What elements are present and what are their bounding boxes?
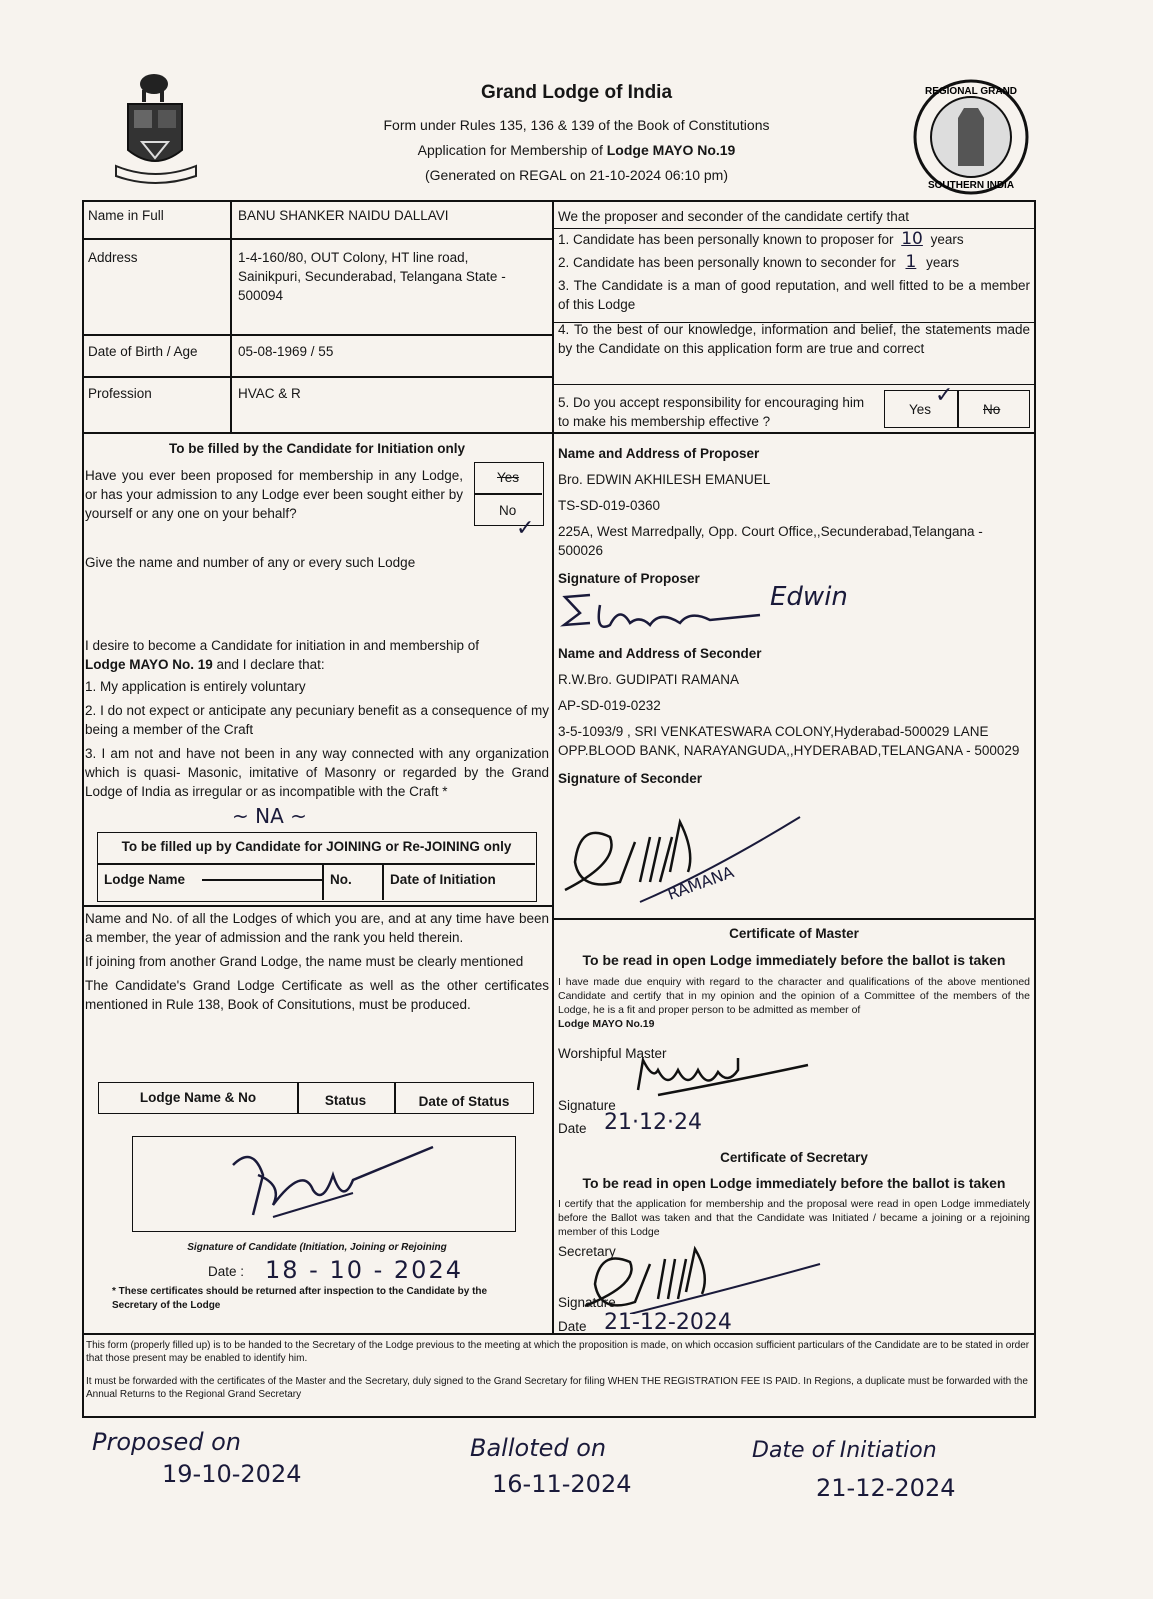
certify-item-4: 4. To the best of our knowledge, informa…: [558, 320, 1030, 358]
footer-note-1: This form (properly filled up) is to be …: [86, 1339, 1032, 1365]
responsibility-yes-no-box: Yes ✓ No: [884, 390, 1030, 428]
name-label: Name in Full: [88, 206, 164, 225]
row-divider: [82, 432, 1036, 434]
regional-seal-logo: REGIONAL GRAND SOUTHERN INDIA: [912, 78, 1030, 196]
proposer-signature-text: Edwin: [770, 582, 848, 612]
previous-proposal-no-option[interactable]: No: [499, 501, 516, 520]
candidate-signature-scribble: [213, 1145, 453, 1225]
seconder-address: 3-5-1093/9 , SRI VENKATESWARA COLONY,Hyd…: [558, 722, 1030, 760]
proposer-heading: Name and Address of Proposer: [558, 444, 1030, 463]
candidate-signature-date: 18 - 10 - 2024: [265, 1256, 463, 1284]
lodges-text-1: Name and No. of all the Lodges of which …: [85, 909, 549, 947]
strike-line: [202, 879, 324, 881]
row-divider: [552, 384, 1036, 385]
row-divider: [82, 334, 552, 336]
lodges-col-name: Lodge Name & No: [99, 1088, 297, 1107]
row-divider: [552, 918, 1036, 920]
declaration-item-2: 2. I do not expect or anticipate any pec…: [85, 701, 549, 739]
previous-proposal-question: Have you ever been proposed for membersh…: [85, 466, 463, 523]
declaration-intro: I desire to become a Candidate for initi…: [85, 636, 549, 655]
joining-table: To be filled up by Candidate for JOINING…: [97, 832, 537, 902]
handwritten-initiation-date: 21-12-2024: [816, 1474, 955, 1502]
row-divider: [82, 905, 552, 907]
handwritten-balloted-label: Balloted on: [470, 1434, 606, 1462]
master-cert-title: Certificate of Master: [552, 924, 1036, 943]
footer-note-2: It must be forwarded with the certificat…: [86, 1375, 1032, 1401]
secretary-cert-subtitle: To be read in open Lodge immediately bef…: [552, 1175, 1036, 1191]
lodges-text-3: The Candidate's Grand Lodge Certificate …: [85, 976, 549, 1014]
seconder-signature-label: Signature of Seconder: [558, 769, 1030, 788]
certify-item-3: 3. The Candidate is a man of good reputa…: [558, 276, 1030, 314]
secretary-signature-date: 21-12-2024: [604, 1310, 732, 1335]
seconder-signature-scribble: RAMANA: [560, 812, 820, 907]
details-col-divider: [230, 200, 232, 432]
certify-item-2: 2. Candidate has been personally known t…: [558, 253, 1030, 272]
proposer-address: 225A, West Marredpally, Opp. Court Offic…: [558, 522, 1030, 560]
lodges-col-date: Date of Status: [394, 1092, 534, 1111]
declaration-item-1: 1. My application is entirely voluntary: [85, 677, 549, 696]
candidate-dob-age: 05-08-1969 / 55: [238, 342, 333, 361]
row-divider: [82, 238, 552, 240]
candidate-profession: HVAC & R: [238, 384, 301, 403]
candidate-address: 1-4-160/80, OUT Colony, HT line road,Sai…: [238, 248, 506, 305]
candidate-signature-caption: Signature of Candidate (Initiation, Join…: [82, 1241, 552, 1255]
joining-col-lodge-name: Lodge Name: [104, 870, 185, 889]
candidate-signature-box[interactable]: [132, 1136, 516, 1232]
joining-heading: To be filled up by Candidate for JOINING…: [98, 837, 535, 856]
seconder-reg-no: AP-SD-019-0232: [558, 696, 1030, 715]
secretary-signature-scribble: [580, 1244, 830, 1314]
proposer-name: Bro. EDWIN AKHILESH EMANUEL: [558, 470, 1030, 489]
handwritten-proposed-label: Proposed on: [92, 1428, 241, 1456]
certify-item-1: 1. Candidate has been personally known t…: [558, 230, 1030, 249]
proposer-reg-no: TS-SD-019-0360: [558, 496, 1030, 515]
profession-label: Profession: [88, 384, 152, 403]
master-cert-text: I have made due enquiry with regard to t…: [558, 975, 1030, 1031]
candidate-name: BANU SHANKER NAIDU DALLAVI: [238, 206, 449, 225]
joining-col-no: No.: [330, 870, 352, 889]
candidate-date-label: Date :: [208, 1262, 244, 1281]
certificates-return-note: * These certificates should be returned …: [112, 1285, 532, 1313]
give-lodge-name-prompt: Give the name and number of any or every…: [85, 553, 415, 572]
certify-block: We the proposer and seconder of the cand…: [558, 207, 1030, 358]
handwritten-na: ~ NA ~: [232, 804, 307, 828]
master-date-label: Date: [558, 1119, 587, 1138]
dob-label: Date of Birth / Age: [88, 342, 198, 361]
svg-text:REGIONAL GRAND: REGIONAL GRAND: [925, 86, 1017, 97]
responsibility-no-option[interactable]: No: [983, 400, 1000, 419]
declaration-item-3: 3. I am not and have not been in any way…: [85, 744, 549, 801]
seconder-name: R.W.Bro. GUDIPATI RAMANA: [558, 670, 1030, 689]
declaration-block: I desire to become a Candidate for initi…: [85, 636, 549, 801]
secretary-date-label: Date: [558, 1317, 587, 1336]
lodges-instructions: Name and No. of all the Lodges of which …: [85, 909, 549, 1014]
certify-intro: We the proposer and seconder of the cand…: [558, 207, 1030, 226]
master-signature-date: 21·12·24: [604, 1110, 702, 1135]
lodges-table-header: Lodge Name & No Status Date of Status: [98, 1082, 534, 1114]
handwritten-initiation-label: Date of Initiation: [752, 1438, 937, 1463]
checkmark-icon: ✓: [935, 383, 953, 408]
certify-item-5: 5. Do you accept responsibility for enco…: [558, 393, 878, 431]
checkmark-icon: ✓: [516, 516, 534, 541]
lodges-col-status: Status: [297, 1091, 394, 1110]
row-divider: [552, 322, 1036, 323]
handwritten-proposed-date: 19-10-2024: [162, 1460, 301, 1488]
proposer-block: Name and Address of Proposer Bro. EDWIN …: [558, 444, 1030, 588]
secretary-cert-text: I certify that the application for membe…: [558, 1197, 1030, 1239]
svg-text:RAMANA: RAMANA: [665, 862, 736, 903]
previous-proposal-yes-option[interactable]: Yes: [497, 468, 519, 487]
initiation-heading: To be filled by the Candidate for Initia…: [82, 439, 552, 458]
seconder-heading: Name and Address of Seconder: [558, 644, 1030, 663]
address-label: Address: [88, 248, 138, 267]
responsibility-yes-option[interactable]: Yes: [909, 400, 931, 419]
handwritten-balloted-date: 16-11-2024: [492, 1470, 631, 1498]
lodges-text-2: If joining from another Grand Lodge, the…: [85, 952, 549, 971]
master-signature-scribble: [628, 1050, 818, 1100]
master-cert-subtitle: To be read in open Lodge immediately bef…: [552, 952, 1036, 968]
svg-text:SOUTHERN INDIA: SOUTHERN INDIA: [928, 180, 1014, 191]
declaration-lodge-line: Lodge MAYO No. 19 and I declare that:: [85, 655, 549, 674]
secretary-cert-title: Certificate of Secretary: [552, 1148, 1036, 1167]
seconder-block: Name and Address of Seconder R.W.Bro. GU…: [558, 644, 1030, 788]
joining-col-date: Date of Initiation: [390, 870, 496, 889]
row-divider: [82, 376, 552, 378]
row-divider: [552, 228, 1036, 229]
